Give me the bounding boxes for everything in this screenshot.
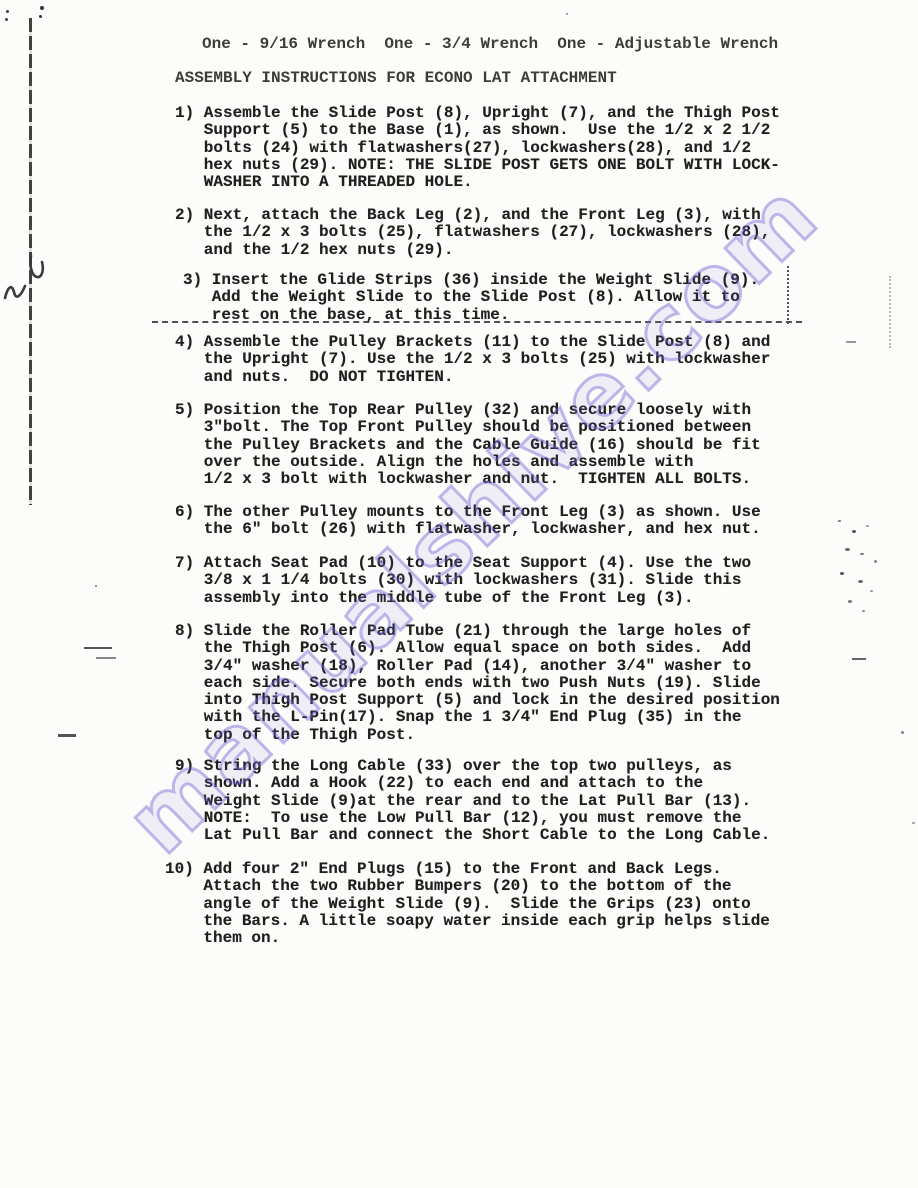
left-margin-line — [29, 18, 32, 505]
tools-required-line: One - 9/16 Wrench One - 3/4 Wrench One -… — [202, 36, 778, 53]
instruction-item-10: 10) Add four 2" End Plugs (15) to the Fr… — [165, 861, 770, 947]
instruction-item-6: 6) The other Pulley mounts to the Front … — [175, 504, 761, 539]
instruction-item-1: 1) Assemble the Slide Post (8), Upright … — [175, 105, 780, 191]
dashed-separator-line — [152, 321, 802, 323]
instruction-item-3: 3) Insert the Glide Strips (36) inside t… — [183, 272, 759, 324]
instruction-item-2: 2) Next, attach the Back Leg (2), and th… — [175, 207, 770, 259]
scanned-instruction-page: One - 9/16 Wrench One - 3/4 Wrench One -… — [0, 0, 918, 1188]
dotted-vertical-line — [787, 266, 789, 324]
instruction-item-9: 9) String the Long Cable (33) over the t… — [175, 758, 770, 844]
instruction-item-8: 8) Slide the Roller Pad Tube (21) throug… — [175, 623, 780, 744]
instruction-item-4: 4) Assemble the Pulley Brackets (11) to … — [175, 334, 770, 386]
faint-fold-line — [889, 276, 891, 348]
page-title: ASSEMBLY INSTRUCTIONS FOR ECONO LAT ATTA… — [175, 70, 617, 87]
instruction-item-7: 7) Attach Seat Pad (10) to the Seat Supp… — [175, 555, 751, 607]
instruction-item-5: 5) Position the Top Rear Pulley (32) and… — [175, 402, 761, 488]
handwritten-mark — [3, 280, 27, 304]
